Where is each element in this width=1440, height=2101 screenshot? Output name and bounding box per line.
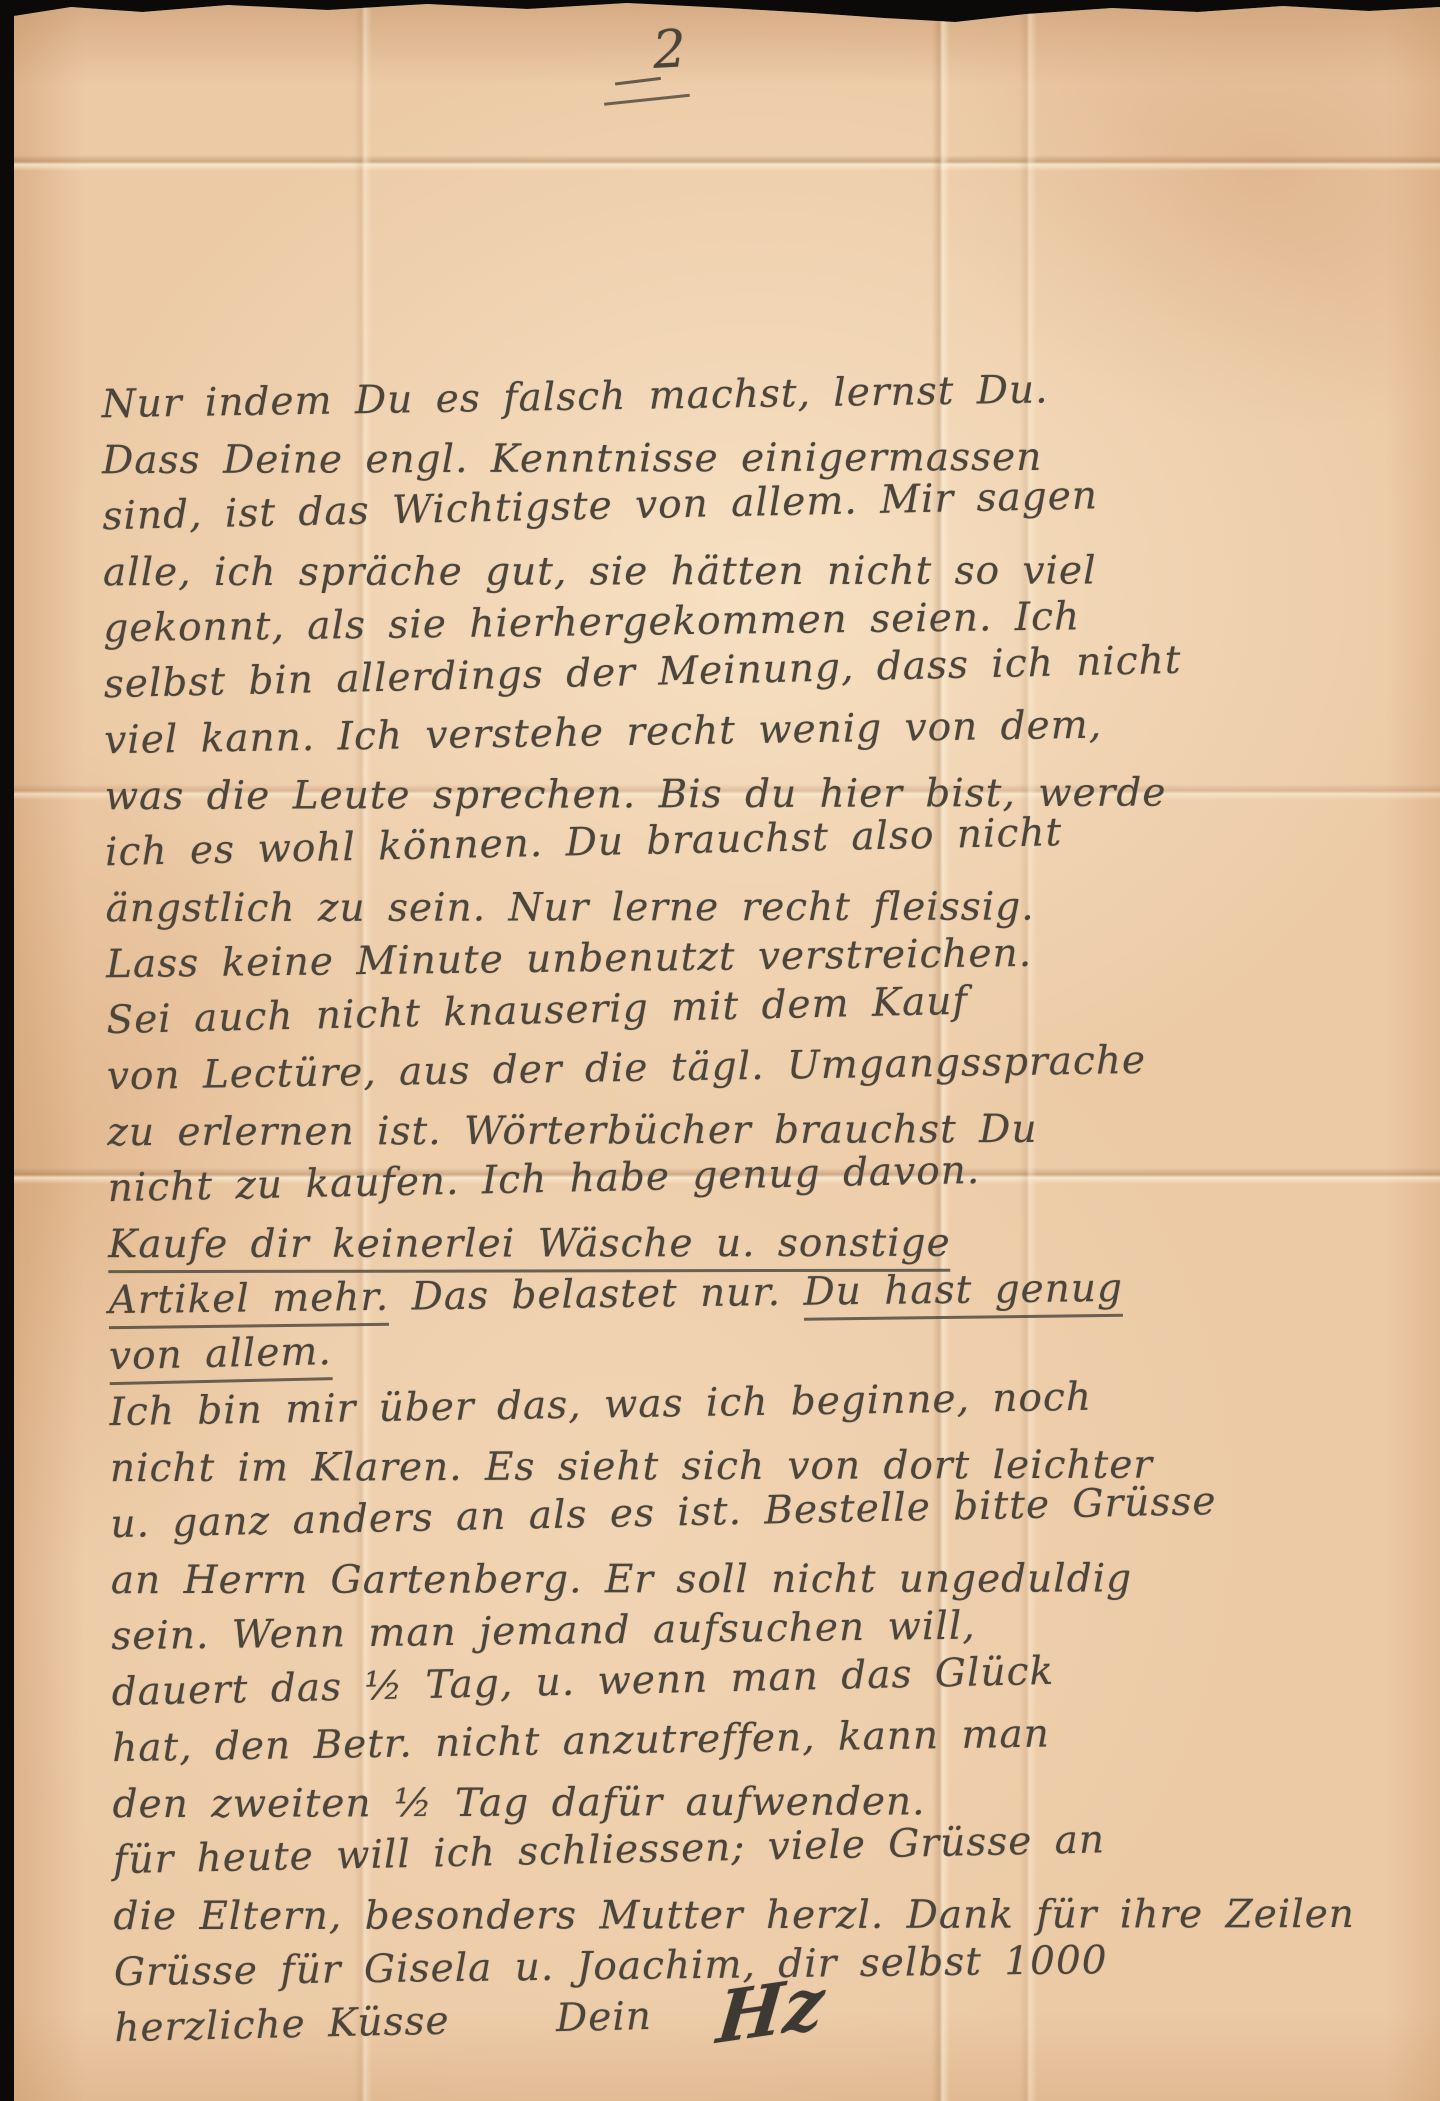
text-segment: hat, den Betr. nicht anzutreffen, kann m…	[112, 1711, 1050, 1771]
page-number: 2	[598, 20, 742, 103]
text-segment: Dein	[555, 1994, 652, 2041]
signature-monogram: Hz	[718, 2003, 825, 2019]
text-segment: ängstlich zu sein. Nur lerne recht fleis…	[106, 885, 1035, 932]
fold-crease-horizontal-top	[14, 155, 1440, 171]
text-segment: von allem.	[109, 1329, 333, 1385]
text-segment: Artikel mehr.	[108, 1275, 389, 1329]
text-segment: Ich bin mir über das, was ich beginne, n…	[109, 1375, 1092, 1435]
text-segment: Nur indem Du es falsch machst, lernst Du…	[101, 367, 1049, 427]
text-segment: von Lectüre, aus der die tägl. Umgangssp…	[107, 1038, 1147, 1099]
text-segment: herzliche Küsse	[114, 1999, 450, 2052]
handwritten-line: Nur indem Du es falsch machst, lernst Du…	[101, 356, 1422, 433]
letter-lines: Nur indem Du es falsch machst, lernst Du…	[101, 367, 1434, 2057]
page-number-text: 2	[598, 20, 741, 79]
letter-paper: 2 Nur indem Du es falsch machst, lernst …	[14, 0, 1440, 2101]
text-segment: alle, ich spräche gut, sie hätten nicht …	[103, 548, 1097, 595]
text-segment: an Herrn Gartenberg. Er soll nicht unged…	[111, 1556, 1132, 1603]
text-segment: Das belastet nur.	[411, 1270, 781, 1320]
page-number-underline-2	[604, 94, 690, 106]
text-segment: viel kann. Ich verstehe recht wenig von …	[104, 703, 1102, 764]
